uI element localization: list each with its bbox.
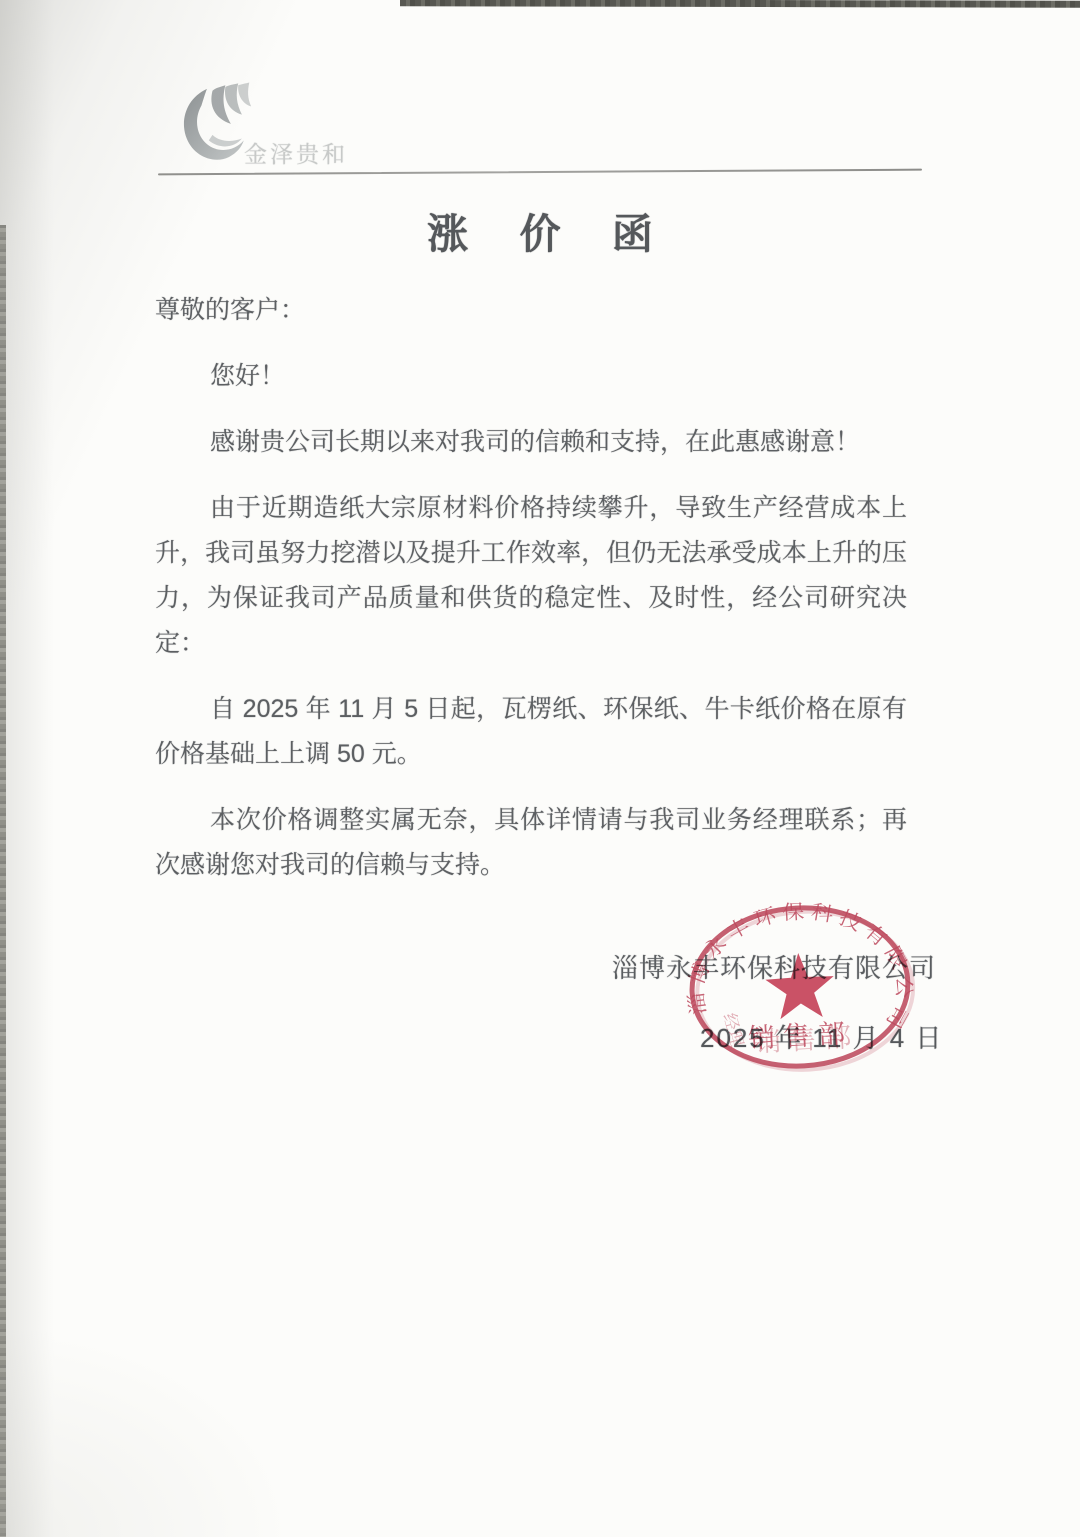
scanned-letter-page: 金泽贵和 涨 价 函 尊敬的客户： 您好！ 感谢贵公司长期以来对我司的信赖和支持… bbox=[0, 0, 1080, 1537]
page-title: 涨 价 函 bbox=[0, 201, 1080, 260]
paragraph-greeting: 您好！ bbox=[155, 354, 907, 399]
seal-star-icon bbox=[764, 951, 836, 1020]
company-seal-stamp: 淄博永丰环保科技有限公司 销售部 销售部 经理 bbox=[674, 893, 927, 1082]
scan-edge-top bbox=[400, 0, 1080, 8]
seal-department-text: 销售部 bbox=[747, 1018, 853, 1053]
paragraph-reason: 由于近期造纸大宗原材料价格持续攀升，导致生产经营成本上升，我司虽努力挖潜以及提升… bbox=[155, 486, 907, 666]
brand-text: 金泽贵和 bbox=[244, 136, 348, 169]
letter-body: 尊敬的客户： 您好！ 感谢贵公司长期以来对我司的信赖和支持，在此惠感谢意！ 由于… bbox=[155, 288, 907, 909]
paragraph-closing: 本次价格调整实属无奈，具体详情请与我司业务经理联系；再次感谢您对我司的信赖与支持… bbox=[155, 798, 907, 888]
paragraph-thanks: 感谢贵公司长期以来对我司的信赖和支持，在此惠感谢意！ bbox=[155, 420, 907, 465]
scan-edge-left bbox=[0, 225, 6, 1537]
paragraph-decision: 自 2025 年 11 月 5 日起，瓦楞纸、环保纸、牛卡纸价格在原有价格基础上… bbox=[155, 687, 907, 777]
header-divider bbox=[158, 169, 922, 176]
salutation: 尊敬的客户： bbox=[155, 288, 907, 333]
